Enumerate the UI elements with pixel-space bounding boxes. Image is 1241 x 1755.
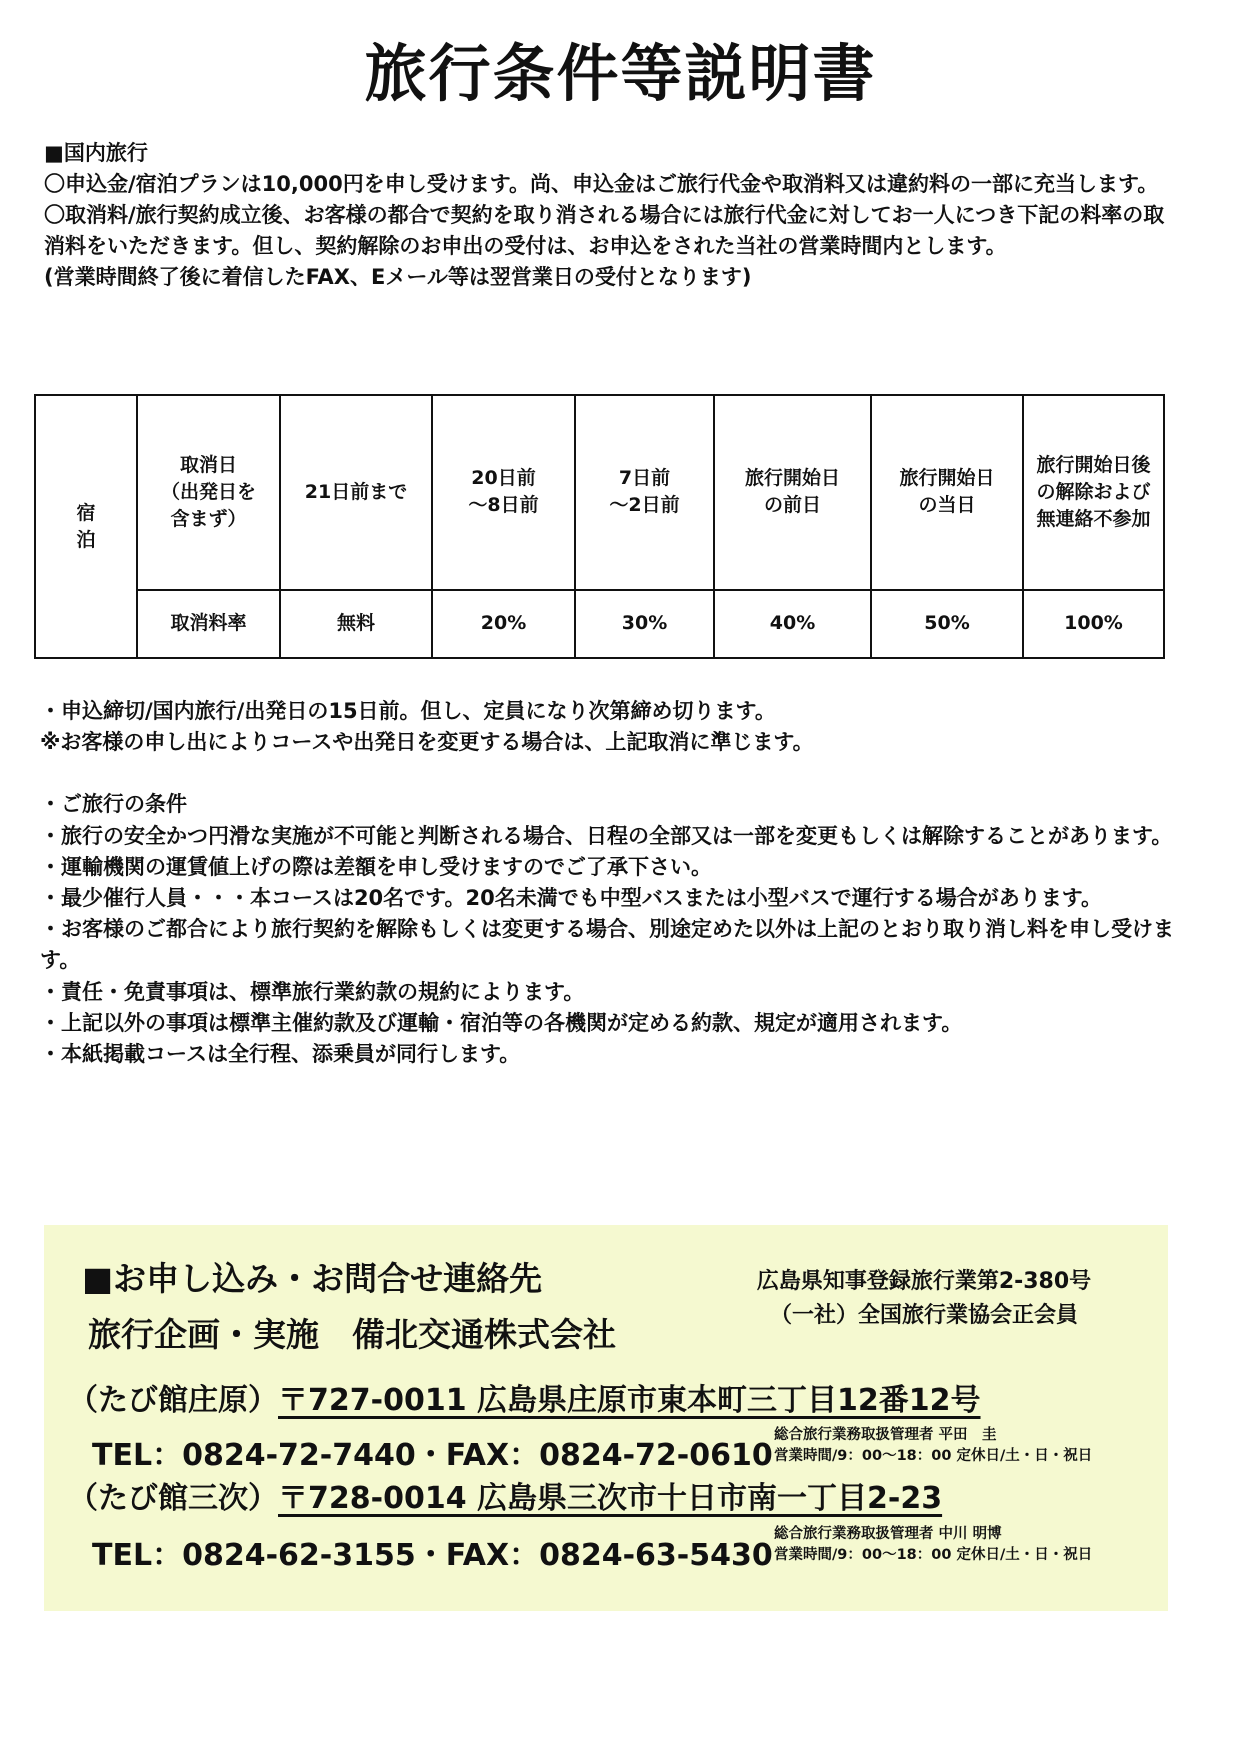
branch-manager-info: 総合旅行業務取扱管理者 中川 明博 営業時間/9：00～18：00 定休日/土・… — [774, 1524, 1092, 1566]
manager-name: 総合旅行業務取扱管理者 中川 明博 — [774, 1524, 1092, 1545]
rule-item: ・旅行の安全かつ円滑な実施が不可能と判断される場合、日程の全部又は一部を変更もし… — [40, 821, 1180, 852]
hours-note: (営業時間終了後に着信したFAX、Eメール等は翌営業日の受付となります) — [44, 262, 1174, 293]
rules-section: ・申込締切/国内旅行/出発日の15日前。但し、定員になり次第締め切ります。 ※お… — [40, 696, 1180, 1070]
rate-cell: 無料 — [280, 590, 432, 658]
date-label-cell: 取消日 （出発日を 含まず） — [137, 395, 280, 590]
date-cell: 旅行開始日 の当日 — [871, 395, 1023, 590]
date-cell: 旅行開始日 の前日 — [714, 395, 871, 590]
branch-manager-info: 総合旅行業務取扱管理者 平田 圭 営業時間/9：00～18：00 定休日/土・日… — [774, 1425, 1092, 1467]
manager-name: 総合旅行業務取扱管理者 平田 圭 — [774, 1425, 1092, 1446]
rate-cell: 40% — [714, 590, 871, 658]
branch-tel-fax: TEL：0824-72-7440・FAX：0824-72-0610 — [92, 1430, 773, 1474]
date-cell: 7日前 ～2日前 — [575, 395, 714, 590]
cancellation-text: 〇取消料/旅行契約成立後、お客様の都合で契約を取り消される場合には旅行代金に対し… — [44, 200, 1174, 262]
change-note: ※お客様の申し出によりコースや出発日を変更する場合は、上記取消に準じます。 — [40, 727, 1180, 758]
registration-number: 広島県知事登録旅行業第2-380号 — [714, 1265, 1134, 1299]
deadline-text: ・申込締切/国内旅行/出発日の15日前。但し、定員になり次第締め切ります。 — [40, 696, 1180, 727]
contact-heading: ■お申し込み・お問合せ連絡先 — [82, 1253, 542, 1300]
branch-shobara: （たび館庄原）〒727-0011 広島県庄原市東本町三丁目12番12号 — [68, 1375, 981, 1419]
rate-cell: 30% — [575, 590, 714, 658]
contact-box: ■お申し込み・お問合せ連絡先 旅行企画・実施 備北交通株式会社 広島県知事登録旅… — [44, 1225, 1168, 1611]
company-name: 旅行企画・実施 備北交通株式会社 — [88, 1309, 616, 1356]
rate-label-cell: 取消料率 — [137, 590, 280, 658]
rule-item: ・お客様のご都合により旅行契約を解除もしくは変更する場合、別途定めた以外は上記の… — [40, 914, 1180, 976]
branch-address: 〒727-0011 広島県庄原市東本町三丁目12番12号 — [278, 1383, 981, 1418]
rule-item: ・上記以外の事項は標準主催約款及び運輸・宿泊等の各機関が定める約款、規定が適用さ… — [40, 1008, 1180, 1039]
table-row-dates: 宿 泊 取消日 （出発日を 含まず） 21日前まで 20日前 ～8日前 7日前 … — [35, 395, 1164, 590]
business-hours: 営業時間/9：00～18：00 定休日/土・日・祝日 — [774, 1446, 1092, 1467]
section-label: ■国内旅行 — [44, 138, 1174, 169]
registration-info: 広島県知事登録旅行業第2-380号 （一社）全国旅行業協会正会員 — [714, 1265, 1134, 1333]
cancellation-fee-table: 宿 泊 取消日 （出発日を 含まず） 21日前まで 20日前 ～8日前 7日前 … — [34, 394, 1165, 659]
intro-section: ■国内旅行 〇申込金/宿泊プランは10,000円を申し受けます。尚、申込金はご旅… — [44, 138, 1174, 293]
rate-cell: 100% — [1023, 590, 1164, 658]
document-title: 旅行条件等説明書 — [0, 34, 1241, 114]
rate-cell: 50% — [871, 590, 1023, 658]
date-cell: 20日前 ～8日前 — [432, 395, 575, 590]
business-hours: 営業時間/9：00～18：00 定休日/土・日・祝日 — [774, 1545, 1092, 1566]
branch-miyoshi: （たび館三次）〒728-0014 広島県三次市十日市南一丁目2-23 — [68, 1473, 942, 1517]
branch-name: （たび館庄原） — [68, 1383, 278, 1418]
rule-item: ・運輸機関の運賃値上げの際は差額を申し受けますのでご了承下さい。 — [40, 852, 1180, 883]
rule-item: ・最少催行人員・・・本コースは20名です。20名未満でも中型バスまたは小型バスで… — [40, 883, 1180, 914]
deposit-text: 〇申込金/宿泊プランは10,000円を申し受けます。尚、申込金はご旅行代金や取消… — [44, 169, 1174, 200]
branch-name: （たび館三次） — [68, 1481, 278, 1516]
spacer — [40, 758, 1180, 789]
branch-tel-fax: TEL：0824-62-3155・FAX：0824-63-5430 — [92, 1530, 773, 1574]
association-membership: （一社）全国旅行業協会正会員 — [714, 1299, 1134, 1333]
date-cell: 21日前まで — [280, 395, 432, 590]
row-header-accommodation: 宿 泊 — [35, 395, 137, 658]
date-cell: 旅行開始日後 の解除および 無連絡不参加 — [1023, 395, 1164, 590]
rate-cell: 20% — [432, 590, 575, 658]
rule-item: ・本紙掲載コースは全行程、添乗員が同行します。 — [40, 1039, 1180, 1070]
conditions-heading: ・ご旅行の条件 — [40, 789, 1180, 820]
table-row-rates: 取消料率 無料 20% 30% 40% 50% 100% — [35, 590, 1164, 658]
branch-address: 〒728-0014 広島県三次市十日市南一丁目2-23 — [278, 1481, 942, 1516]
rule-item: ・責任・免責事項は、標準旅行業約款の規約によります。 — [40, 977, 1180, 1008]
